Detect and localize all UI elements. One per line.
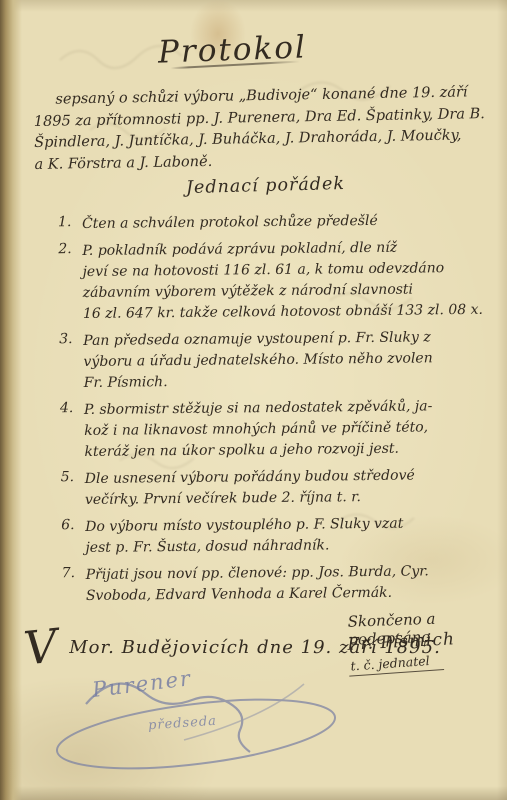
signature-name: Fr. Písmich	[347, 629, 455, 655]
agenda-item: 4. P. sbormistr stěžuje si na nedostatek…	[60, 396, 489, 463]
agenda-item: 6. Do výboru místo vystouplého p. F. Slu…	[61, 513, 489, 559]
item-line: Svoboda, Edvard Venhoda a Karel Čermák.	[86, 582, 490, 607]
item-number: 3.	[59, 331, 84, 394]
item-line: jeví se na hotovosti 116 zl. 61 a, k tom…	[82, 258, 486, 283]
item-line: 16 zl. 647 kr. takže celková hotovost ob…	[83, 300, 487, 325]
agenda-item: 3. Pan předseda oznamuje vystoupení p. F…	[59, 327, 488, 394]
agenda-heading: Jednací pořádek	[186, 174, 345, 198]
item-line: jest p. Fr. Šusta, dosud náhradník.	[85, 534, 489, 559]
item-number: 7.	[62, 565, 86, 607]
item-line: večírky. První večírek bude 2. října t. …	[85, 486, 489, 511]
item-line: výboru a úřadu jednatelského. Místo něho…	[83, 348, 487, 373]
agenda-item: 7. Přijati jsou noví pp. členové: pp. Jo…	[62, 561, 490, 607]
item-line: kož i na liknavost mnohých pánů ve příči…	[84, 417, 488, 442]
item-line: kteráž jen na úkor spolku a jeho rozvoji…	[84, 438, 488, 463]
agenda-item: 5. Dle usnesení výboru pořádány budou st…	[61, 465, 489, 511]
manuscript-page: Protokol sepsaný o schůzi výboru „Budivo…	[0, 0, 507, 800]
item-number: 2.	[58, 241, 83, 325]
page-title: Protokol	[157, 29, 307, 68]
item-number: 1.	[58, 214, 82, 235]
signature-role: t. č. jednatel	[348, 652, 444, 677]
item-line: Čten a schválen protokol schůze předešlé	[82, 210, 486, 235]
intro-paragraph: sepsaný o schůzi výboru „Budivoje“ konan…	[33, 82, 490, 176]
item-number: 5.	[61, 469, 85, 511]
agenda-item: 2. P. pokladník podává zprávu pokladní, …	[58, 237, 487, 325]
item-line: Fr. Písmich.	[84, 369, 488, 394]
agenda-item-list: 1. Čten a schválen protokol schůze přede…	[58, 210, 490, 613]
signature-block: Fr. Písmich t. č. jednatel	[347, 629, 456, 676]
item-number: 4.	[60, 400, 85, 463]
item-number: 6.	[61, 517, 85, 559]
agenda-item: 1. Čten a schválen protokol schůze přede…	[58, 210, 486, 235]
